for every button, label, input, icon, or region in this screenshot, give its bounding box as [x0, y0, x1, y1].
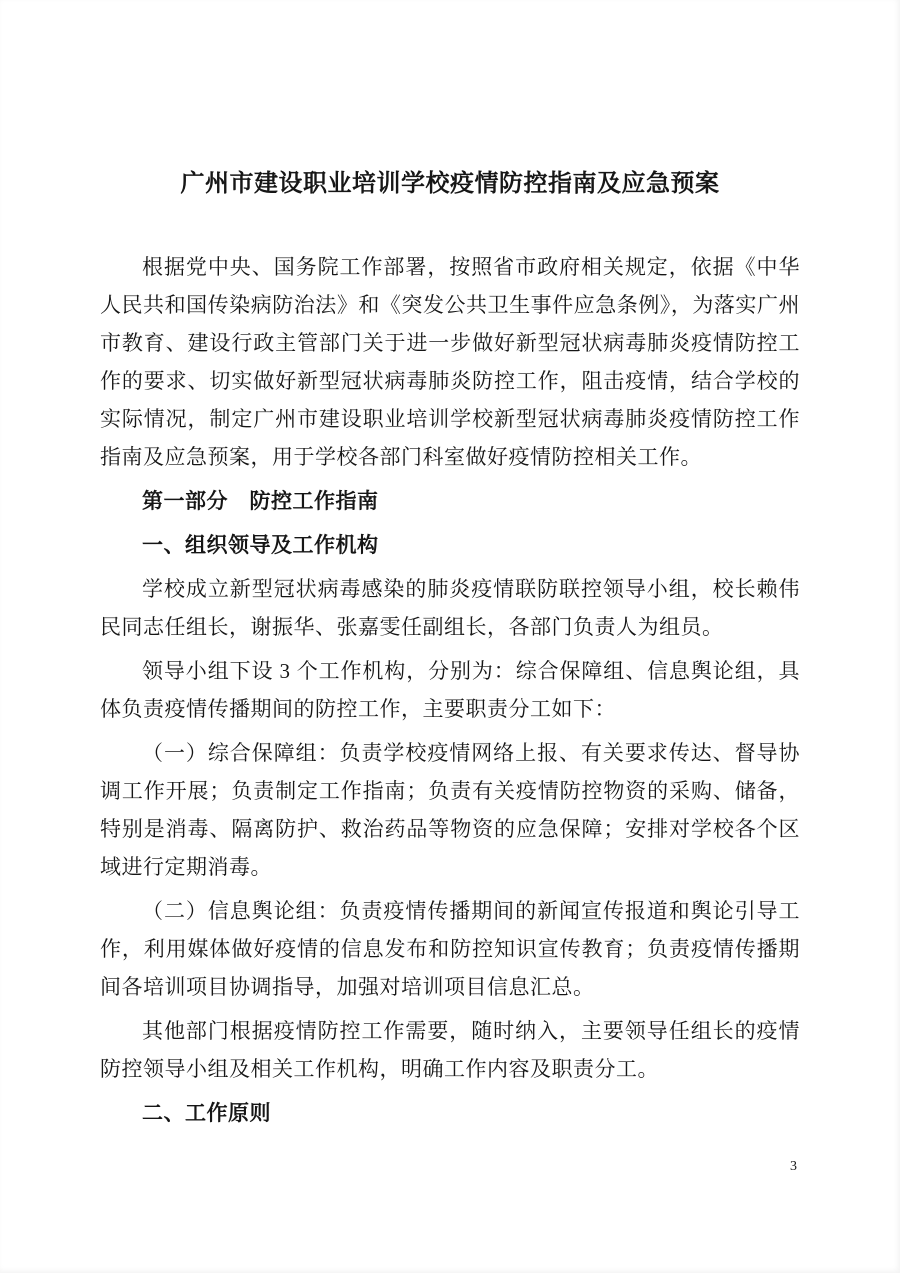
paragraph-intro: 根据党中央、国务院工作部署，按照省市政府相关规定，依据《中华人民共和国传染病防治… — [100, 248, 800, 476]
paragraph-information-group: （二）信息舆论组：负责疫情传播期间的新闻宣传报道和舆论引导工作，利用媒体做好疫情… — [100, 892, 800, 1006]
paragraph-other-departments: 其他部门根据疫情防控工作需要，随时纳入，主要领导任组长的疫情防控领导小组及相关工… — [100, 1012, 800, 1088]
paragraph-working-bodies: 领导小组下设 3 个工作机构，分别为：综合保障组、信息舆论组，具体负责疫情传播期… — [100, 652, 800, 728]
paragraph-leading-group: 学校成立新型冠状病毒感染的肺炎疫情联防联控领导小组，校长赖伟民同志任组长，谢振华… — [100, 570, 800, 646]
section-heading-2-principles: 二、工作原则 — [100, 1094, 800, 1132]
document-content: 广州市建设职业培训学校疫情防控指南及应急预案 根据党中央、国务院工作部署，按照省… — [100, 0, 800, 1132]
document-title: 广州市建设职业培训学校疫情防控指南及应急预案 — [100, 168, 800, 200]
page-number: 3 — [790, 1159, 797, 1175]
paragraph-support-group: （一）综合保障组：负责学校疫情网络上报、有关要求传达、督导协调工作开展；负责制定… — [100, 734, 800, 886]
section-heading-1-organization: 一、组织领导及工作机构 — [100, 526, 800, 564]
document-page: 广州市建设职业培训学校疫情防控指南及应急预案 根据党中央、国务院工作部署，按照省… — [0, 0, 900, 1273]
section-heading-part1: 第一部分 防控工作指南 — [100, 482, 800, 520]
